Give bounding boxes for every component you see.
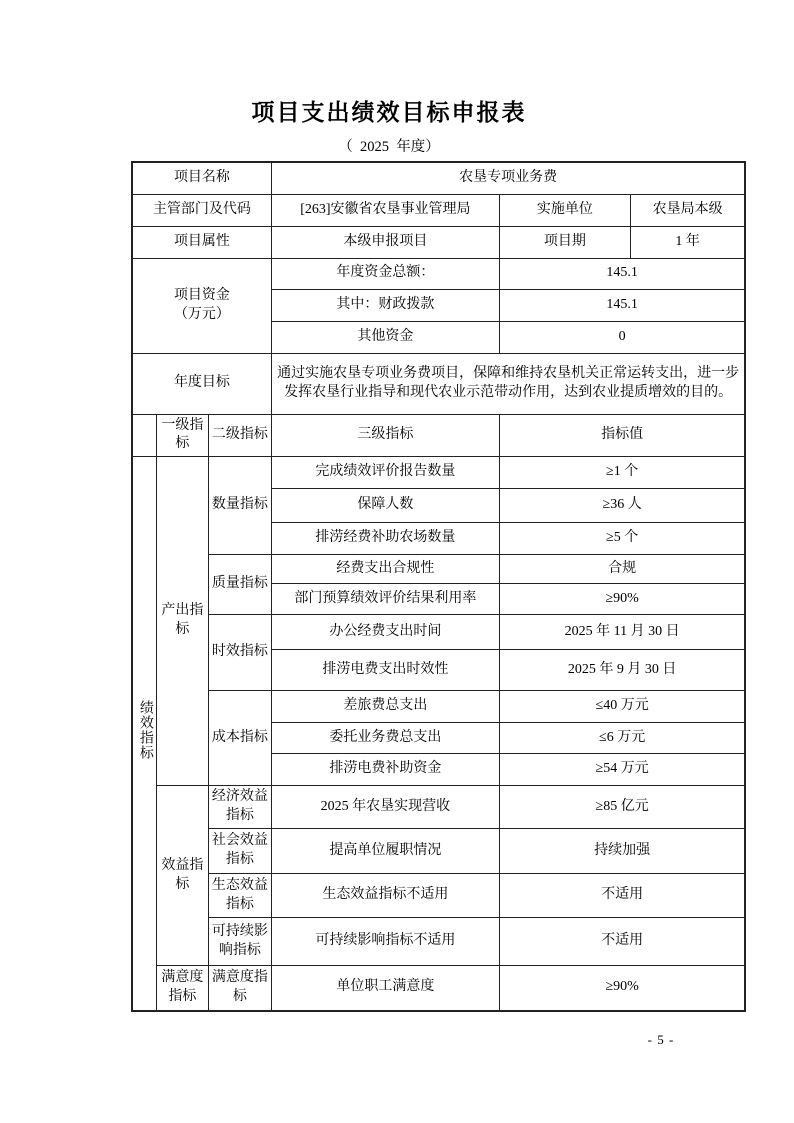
row-department: 主管部门及代码 [263]安徽省农垦事业管理局 实施单位 农垦局本级 xyxy=(132,194,745,226)
indicator-row: 成本指标 差旅费总支出 ≤40 万元 xyxy=(132,691,745,723)
indicator-row: 生态效益指标 生态效益指标不适用 不适用 xyxy=(132,874,745,918)
funds-fiscal-value: 145.1 xyxy=(499,289,745,321)
indicator-value: ≤6 万元 xyxy=(499,723,745,754)
indicator-name: 保障人数 xyxy=(271,489,499,523)
indicator-value: ≤40 万元 xyxy=(499,691,745,723)
funds-other-label: 其他资金 xyxy=(271,321,499,353)
indicator-row: 效益指标 经济效益指标 2025 年农垦实现营收 ≥85 亿元 xyxy=(132,786,745,829)
group-satisfaction-l2: 满意度指标 xyxy=(208,966,271,1011)
group-ecological: 生态效益指标 xyxy=(208,874,271,918)
indicator-value: 持续加强 xyxy=(499,829,745,874)
indicator-value: ≥36 人 xyxy=(499,489,745,523)
page-number: - 5 - xyxy=(621,1032,701,1048)
indicator-name: 办公经费支出时间 xyxy=(271,615,499,650)
indicator-name: 提高单位履职情况 xyxy=(271,829,499,874)
indicator-row: 社会效益指标 提高单位履职情况 持续加强 xyxy=(132,829,745,874)
indicator-value: ≥54 万元 xyxy=(499,754,745,786)
funds-total-value: 145.1 xyxy=(499,258,745,289)
indicator-value: ≥90% xyxy=(499,584,745,615)
project-attribute-label: 项目属性 xyxy=(132,226,271,258)
group-benefit: 效益指标 xyxy=(156,786,208,966)
project-name-value: 农垦专项业务费 xyxy=(271,162,745,194)
group-economic: 经济效益指标 xyxy=(208,786,271,829)
page-subtitle: （ 2025 年度） xyxy=(0,135,778,156)
indicator-name: 排涝电费支出时效性 xyxy=(271,650,499,691)
indicator-name: 经费支出合规性 xyxy=(271,555,499,584)
row-funds-total: 项目资金 （万元） 年度资金总额： 145.1 xyxy=(132,258,745,289)
project-funds-label: 项目资金 （万元） xyxy=(132,258,271,353)
department-value: [263]安徽省农垦事业管理局 xyxy=(271,194,499,226)
indicator-value: ≥90% xyxy=(499,966,745,1011)
header-level1: 一级指标 xyxy=(156,414,208,457)
project-name-label: 项目名称 xyxy=(132,162,271,194)
indicator-value: ≥1 个 xyxy=(499,457,745,489)
indicator-value: 不适用 xyxy=(499,874,745,918)
project-attribute-value: 本级申报项目 xyxy=(271,226,499,258)
indicator-name: 差旅费总支出 xyxy=(271,691,499,723)
indicator-value: 合规 xyxy=(499,555,745,584)
header-level2: 二级指标 xyxy=(208,414,271,457)
funds-total-label: 年度资金总额： xyxy=(271,258,499,289)
group-timeliness: 时效指标 xyxy=(208,615,271,691)
header-corner-cell xyxy=(132,414,156,457)
document-page: 项目支出绩效目标申报表 （ 2025 年度） 项目名称 农垦专项业务费 主管部门… xyxy=(0,0,794,1123)
funds-other-value: 0 xyxy=(499,321,745,353)
performance-side-label: 绩效指标 xyxy=(135,700,154,760)
project-period-label: 项目期 xyxy=(499,226,630,258)
row-project-name: 项目名称 农垦专项业务费 xyxy=(132,162,745,194)
row-annual-goal: 年度目标 通过实施农垦专项业务费项目，保障和维持农垦机关正常运转支出，进一步发挥… xyxy=(132,353,745,414)
indicator-row: 绩效指标 产出指标 数量指标 完成绩效评价报告数量 ≥1 个 xyxy=(132,457,745,489)
group-quantity: 数量指标 xyxy=(208,457,271,555)
annual-goal-label: 年度目标 xyxy=(132,353,271,414)
indicator-value: ≥5 个 xyxy=(499,523,745,555)
header-indicator-value: 指标值 xyxy=(499,414,745,457)
row-indicator-header: 一级指标 二级指标 三级指标 指标值 xyxy=(132,414,745,457)
group-satisfaction-l1: 满意度指标 xyxy=(156,966,208,1011)
indicator-row: 时效指标 办公经费支出时间 2025 年 11 月 30 日 xyxy=(132,615,745,650)
performance-target-form-table: 项目名称 农垦专项业务费 主管部门及代码 [263]安徽省农垦事业管理局 实施单… xyxy=(131,161,746,1012)
group-social: 社会效益指标 xyxy=(208,829,271,874)
performance-side-cell: 绩效指标 xyxy=(132,457,156,1011)
indicator-name: 生态效益指标不适用 xyxy=(271,874,499,918)
project-period-value: 1 年 xyxy=(630,226,745,258)
indicator-name: 排涝经费补助农场数量 xyxy=(271,523,499,555)
header-level3: 三级指标 xyxy=(271,414,499,457)
indicator-name: 排涝电费补助资金 xyxy=(271,754,499,786)
indicator-value: 2025 年 9 月 30 日 xyxy=(499,650,745,691)
indicator-row: 质量指标 经费支出合规性 合规 xyxy=(132,555,745,584)
indicator-name: 完成绩效评价报告数量 xyxy=(271,457,499,489)
indicator-row: 满意度指标 满意度指标 单位职工满意度 ≥90% xyxy=(132,966,745,1011)
group-sustainable: 可持续影响指标 xyxy=(208,918,271,966)
group-output: 产出指标 xyxy=(156,457,208,786)
indicator-value: 2025 年 11 月 30 日 xyxy=(499,615,745,650)
row-project-attribute: 项目属性 本级申报项目 项目期 1 年 xyxy=(132,226,745,258)
funds-fiscal-label: 其中：财政拨款 xyxy=(271,289,499,321)
indicator-row: 可持续影响指标 可持续影响指标不适用 不适用 xyxy=(132,918,745,966)
group-quality: 质量指标 xyxy=(208,555,271,615)
indicator-name: 单位职工满意度 xyxy=(271,966,499,1011)
group-cost: 成本指标 xyxy=(208,691,271,786)
page-title: 项目支出绩效目标申报表 xyxy=(0,94,778,127)
indicator-name: 部门预算绩效评价结果利用率 xyxy=(271,584,499,615)
implementing-unit-label: 实施单位 xyxy=(499,194,630,226)
implementing-unit-value: 农垦局本级 xyxy=(630,194,745,226)
indicator-name: 可持续影响指标不适用 xyxy=(271,918,499,966)
department-label: 主管部门及代码 xyxy=(132,194,271,226)
annual-goal-text: 通过实施农垦专项业务费项目，保障和维持农垦机关正常运转支出，进一步发挥农垦行业指… xyxy=(271,353,745,414)
indicator-name: 2025 年农垦实现营收 xyxy=(271,786,499,829)
indicator-value: 不适用 xyxy=(499,918,745,966)
indicator-value: ≥85 亿元 xyxy=(499,786,745,829)
indicator-name: 委托业务费总支出 xyxy=(271,723,499,754)
